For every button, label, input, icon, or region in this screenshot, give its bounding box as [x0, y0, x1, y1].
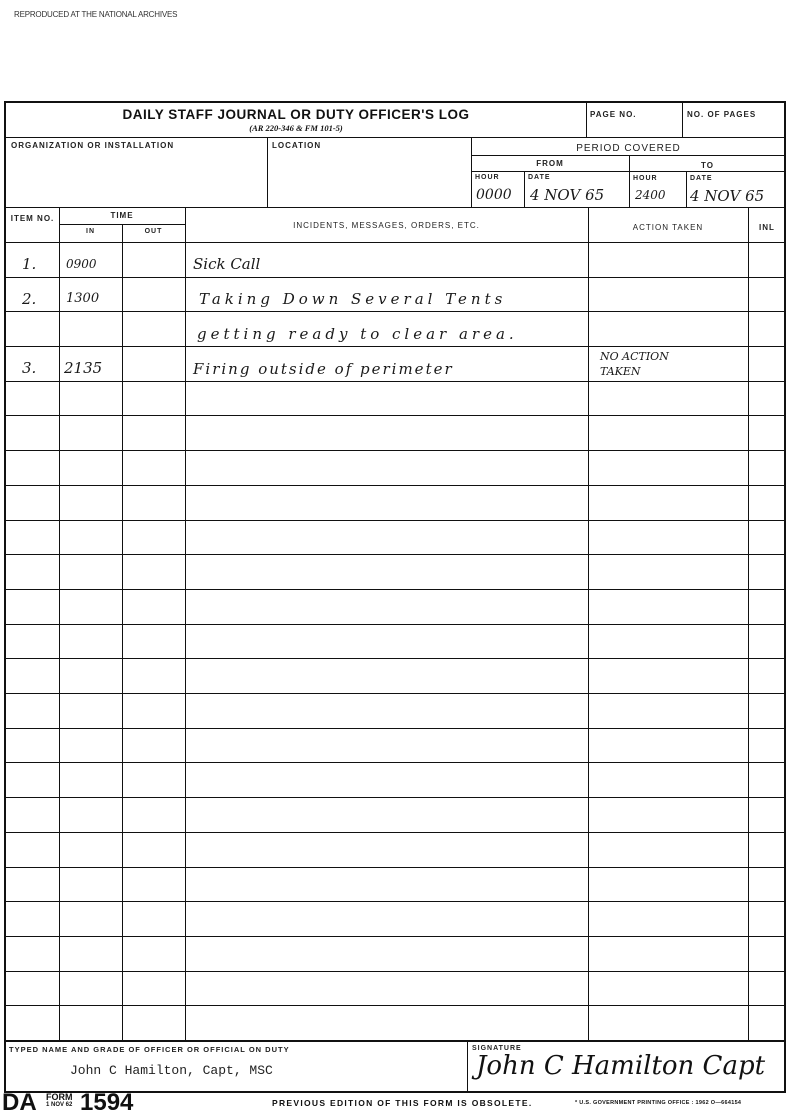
- row-line: [6, 554, 786, 555]
- divider: [524, 171, 525, 207]
- divider: [6, 1040, 786, 1042]
- row-line: [6, 936, 786, 937]
- divider: [682, 103, 683, 137]
- time-header: TIME: [59, 211, 185, 220]
- row-line: [6, 381, 786, 382]
- form-subtitle: (AR 220-346 & FM 101-5): [6, 123, 586, 133]
- footer-gpo: * U.S. GOVERNMENT PRINTING OFFICE : 1962…: [575, 1100, 741, 1106]
- row-4-action[interactable]: NO ACTION TAKEN: [600, 349, 690, 379]
- row-line: [6, 728, 786, 729]
- from-hour-field[interactable]: 0000: [476, 187, 512, 203]
- footer-form-number: 1594: [80, 1089, 133, 1114]
- location-label: LOCATION: [272, 141, 321, 150]
- form-title: DAILY STAFF JOURNAL OR DUTY OFFICER'S LO…: [6, 107, 586, 122]
- row-line: [6, 797, 786, 798]
- incidents-header: INCIDENTS, MESSAGES, ORDERS, ETC.: [185, 221, 588, 230]
- footer-form-word: FORM: [46, 1093, 73, 1101]
- row-line: [6, 867, 786, 868]
- from-label: FROM: [471, 159, 629, 168]
- to-date-field[interactable]: 4 NOV 65: [690, 187, 764, 205]
- footer-da: DA: [2, 1089, 37, 1114]
- row-line: [6, 901, 786, 902]
- row-line: [6, 277, 786, 278]
- row-line: [6, 762, 786, 763]
- divider: [467, 1040, 468, 1093]
- row-line: [6, 589, 786, 590]
- footer-form-date: 1 NOV 62: [46, 1101, 73, 1109]
- typed-name-field[interactable]: John C Hamilton, Capt, MSC: [70, 1063, 273, 1078]
- row-line: [6, 520, 786, 521]
- period-covered-label: PERIOD COVERED: [471, 143, 786, 154]
- to-hour-field[interactable]: 2400: [635, 188, 666, 202]
- no-of-pages-label: NO. OF PAGES: [687, 110, 756, 119]
- row-2-item[interactable]: 2.: [22, 290, 36, 308]
- row-3-incident[interactable]: getting ready to clear area.: [197, 325, 518, 343]
- divider: [471, 171, 786, 172]
- from-date-label: DATE: [528, 174, 551, 181]
- divider: [6, 242, 786, 243]
- footer-previous-edition: PREVIOUS EDITION OF THIS FORM IS OBSOLET…: [272, 1098, 533, 1108]
- row-line: [6, 346, 786, 347]
- footer-form-id: FORM 1 NOV 62: [46, 1093, 73, 1109]
- row-line: [6, 624, 786, 625]
- row-line: [6, 1005, 786, 1006]
- row-line: [6, 485, 786, 486]
- row-2-in[interactable]: 1300: [66, 291, 99, 306]
- row-line: [6, 311, 786, 312]
- row-1-item[interactable]: 1.: [22, 255, 36, 273]
- row-line: [6, 693, 786, 694]
- from-hour-label: HOUR: [475, 174, 500, 181]
- divider: [686, 171, 687, 207]
- archive-stamp: REPRODUCED AT THE NATIONAL ARCHIVES: [14, 10, 177, 19]
- no-of-pages-field[interactable]: [687, 121, 782, 135]
- row-4-item[interactable]: 3.: [22, 359, 36, 377]
- row-1-in[interactable]: 0900: [66, 257, 97, 271]
- to-hour-label: HOUR: [633, 175, 658, 182]
- typed-name-label: TYPED NAME AND GRADE OF OFFICER OR OFFIC…: [9, 1045, 290, 1054]
- page-no-field[interactable]: [590, 121, 678, 135]
- from-date-field[interactable]: 4 NOV 65: [530, 186, 604, 204]
- row-line: [6, 832, 786, 833]
- row-line: [6, 450, 786, 451]
- divider: [586, 103, 587, 137]
- row-4-in[interactable]: 2135: [64, 359, 102, 377]
- inl-header: INL: [748, 223, 786, 232]
- organization-label: ORGANIZATION OR INSTALLATION: [11, 141, 174, 150]
- out-header: OUT: [122, 228, 185, 235]
- page-no-label: PAGE NO.: [590, 110, 637, 119]
- location-field[interactable]: [272, 153, 467, 203]
- row-2-incident[interactable]: Taking Down Several Tents: [199, 290, 506, 308]
- to-date-label: DATE: [690, 175, 713, 182]
- divider: [267, 137, 268, 207]
- row-line: [6, 971, 786, 972]
- action-header: ACTION TAKEN: [588, 223, 748, 232]
- divider: [6, 137, 786, 138]
- row-line: [6, 415, 786, 416]
- in-header: IN: [59, 228, 122, 235]
- item-no-header: ITEM NO.: [6, 213, 59, 224]
- to-label: TO: [629, 161, 786, 170]
- organization-field[interactable]: [11, 153, 261, 203]
- signature-field[interactable]: John C Hamilton Capt: [476, 1051, 765, 1081]
- row-1-incident[interactable]: Sick Call: [193, 255, 260, 273]
- duty-log-form: DAILY STAFF JOURNAL OR DUTY OFFICER'S LO…: [4, 101, 786, 1093]
- row-4-incident[interactable]: Firing outside of perimeter: [193, 360, 454, 378]
- row-line: [6, 658, 786, 659]
- divider: [6, 207, 786, 208]
